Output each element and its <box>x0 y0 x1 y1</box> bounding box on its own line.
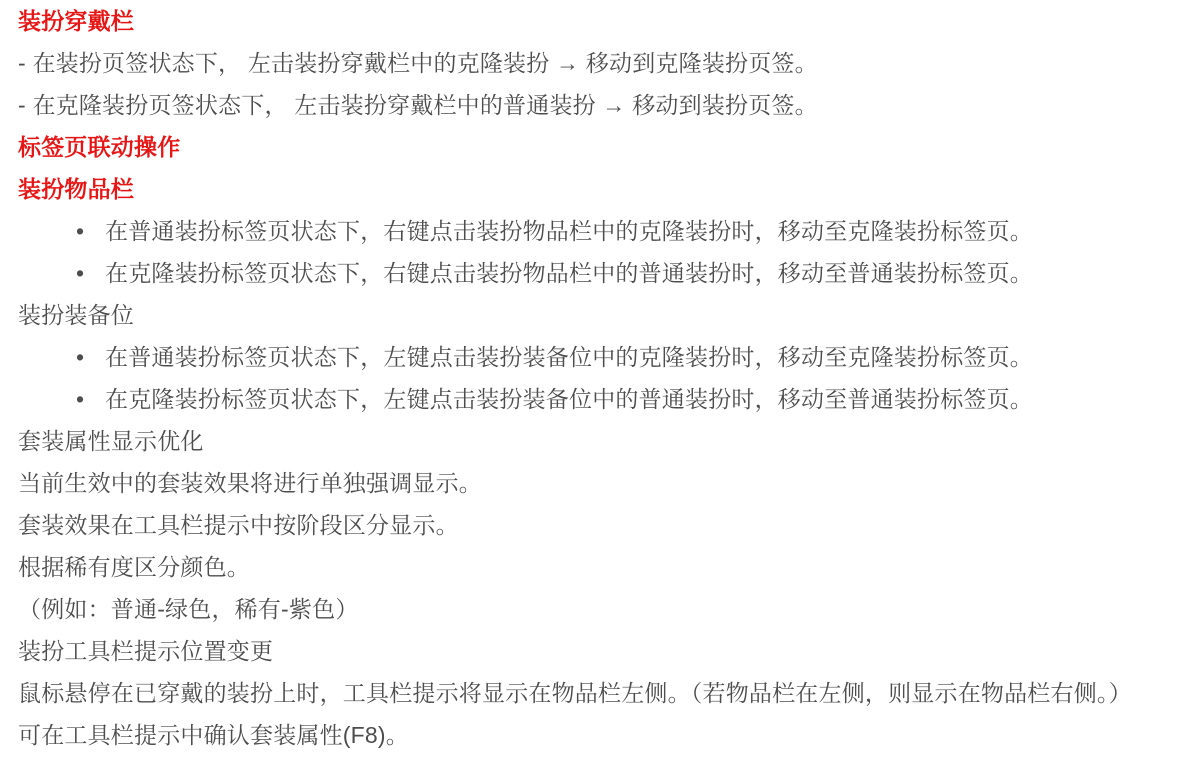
patch-notes-document: 装扮穿戴栏 - 在装扮页签状态下， 左击装扮穿戴栏中的克隆装扮 → 移动到克隆装… <box>0 0 1203 756</box>
paragraph-wear-bar-rule-1: - 在装扮页签状态下， 左击装扮穿戴栏中的克隆装扮 → 移动到克隆装扮页签。 <box>18 42 1203 84</box>
list-item-equip-slot-rule-2: 在克隆装扮标签页状态下，左键点击装扮装备位中的普通装扮时，移动至普通装扮标签页。 <box>18 378 1203 420</box>
paragraph-avatar-equip-slot: 装扮装备位 <box>18 294 1203 336</box>
paragraph-set-effect-highlight: 当前生效中的套装效果将进行单独强调显示。 <box>18 462 1203 504</box>
heading-avatar-item-bar: 装扮物品栏 <box>18 168 1203 210</box>
paragraph-rarity-color-example: （例如：普通-绿色，稀有-紫色） <box>18 588 1203 630</box>
paragraph-rarity-color: 根据稀有度区分颜色。 <box>18 546 1203 588</box>
paragraph-tooltip-set-attribute-f8: 可在工具栏提示中确认套装属性(F8)。 <box>18 714 1203 756</box>
paragraph-tooltip-position-detail: 鼠标悬停在已穿戴的装扮上时，工具栏提示将显示在物品栏左侧。（若物品栏在左侧，则显… <box>18 672 1203 714</box>
paragraph-set-attribute-display-title: 套装属性显示优化 <box>18 420 1203 462</box>
paragraph-set-effect-stage-display: 套装效果在工具栏提示中按阶段区分显示。 <box>18 504 1203 546</box>
equip-slot-rules-list: 在普通装扮标签页状态下，左键点击装扮装备位中的克隆装扮时，移动至克隆装扮标签页。… <box>18 336 1203 420</box>
paragraph-tooltip-position-title: 装扮工具栏提示位置变更 <box>18 630 1203 672</box>
heading-avatar-wear-bar: 装扮穿戴栏 <box>18 0 1203 42</box>
paragraph-wear-bar-rule-2: - 在克隆装扮页签状态下， 左击装扮穿戴栏中的普通装扮 → 移动到装扮页签。 <box>18 84 1203 126</box>
heading-tab-link-operations: 标签页联动操作 <box>18 126 1203 168</box>
item-bar-rules-list: 在普通装扮标签页状态下，右键点击装扮物品栏中的克隆装扮时，移动至克隆装扮标签页。… <box>18 210 1203 294</box>
list-item-item-bar-rule-2: 在克隆装扮标签页状态下，右键点击装扮物品栏中的普通装扮时，移动至普通装扮标签页。 <box>18 252 1203 294</box>
list-item-item-bar-rule-1: 在普通装扮标签页状态下，右键点击装扮物品栏中的克隆装扮时，移动至克隆装扮标签页。 <box>18 210 1203 252</box>
list-item-equip-slot-rule-1: 在普通装扮标签页状态下，左键点击装扮装备位中的克隆装扮时，移动至克隆装扮标签页。 <box>18 336 1203 378</box>
